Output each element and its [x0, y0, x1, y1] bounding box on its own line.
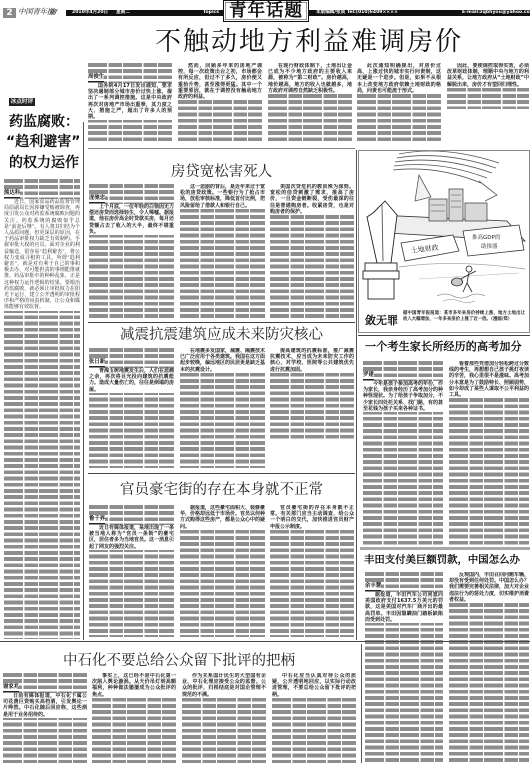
article-text: 美国次贷危机的教训殊为深刻。宽松的信贷刺激了需求、推高了房价，一旦资金链断裂，受… [270, 184, 354, 215]
email-contact: E-mail:zqbhyou@yahoo.com.cn [462, 10, 530, 16]
left-article-title-line: “趋利避害” [6, 132, 80, 152]
article-text: 这一悲剧的背后，是近年来过于宽松的房贷政策。一些银行为了抢占市场，放松审核标准，… [180, 184, 265, 209]
column-divider [83, 122, 84, 640]
quake-article-column: 在地震多发国家，减震、隔震技术已广泛应用于各类建筑。我国在这方面起步较晚，偏远地… [180, 348, 265, 468]
gaokao-article-column: 罗建 今年是孩子参加高考的年份，作为家长，我亲身经历了高考加分的种种怪现状。为了… [363, 361, 443, 545]
section-english: Topics [203, 10, 219, 16]
lead-article-column: 此次通知明确提出，对房价过高、上涨过快的城市实行问责制，这无疑是一个进步。但是，… [357, 63, 441, 143]
article-text: 据报道，这些豪宅面积大、装修豪华，价格却远低于市场价。官员以何种方式购得这些房产… [180, 505, 265, 530]
article-text: 看着那些凭借加分轻松跨过分数线的考生，再想想自己孩子挑灯夜读的辛苦，我心里很不是… [449, 361, 529, 398]
mortgage-headline: 房贷宽松害死人 [88, 163, 355, 181]
editor-contact: 本版编辑/张质 Tel:(010)6409×××× [316, 10, 398, 16]
toyota-headline: 丰田支付美巨额罚款，中国怎么办 [364, 553, 520, 567]
editorial-cartoon: 土地财政 推高GDP的 助推器 敛无罪 据中国青年报报道：某市多年来房价持续上涨… [358, 150, 530, 333]
cartoon-title: 敛无罪 [365, 314, 398, 327]
mansion-headline: 官员豪宅街的存在本身就不正常 [88, 481, 355, 499]
article-text: 上个月底，一位年轻的白领因无力偿还房贷而选择轻生，令人唏嘘。据报道，他在房价高企… [89, 204, 174, 235]
article-text: 事实上，这已经不是中石化第一次陷入舆论漩涡。从天价吊灯到高额福利，种种做法屡屡成… [92, 673, 176, 698]
section-rule [358, 335, 530, 336]
cartoon-illustration: 土地财政 推高GDP的 助推器 [359, 151, 529, 311]
section-rule [0, 641, 530, 642]
article-text: 提高建筑的抗震标准，推广减震抗震技术，应当成为未来防灾工作的核心，对学校、医院等… [270, 348, 354, 373]
decorative-slashes: //// [50, 8, 56, 17]
column-divider [361, 644, 362, 763]
mansion-article-column: 鲁千界 近日有媒体报道，某地出现了一条被当地人称为“官员一条街”的豪宅区，居住者… [89, 505, 174, 637]
article-text: 近日有媒体报道，某地出现了一条被当地人称为“官员一条街”的豪宅区，居住者多为当地… [89, 525, 174, 550]
byline: 庞驰忠 [89, 195, 105, 203]
byline: 周俊生 [88, 74, 104, 82]
section-rule [88, 148, 355, 149]
quake-headline: 减震抗震建筑应成未来防灾核心 [88, 326, 355, 344]
cartoon-label: 推高GDP的 [472, 233, 501, 241]
article-text: 国务院4月17日发出通知，要求坚决遏制部分城市房价过快上涨，提出了一系列调控措施… [88, 83, 172, 120]
cartoon-label: 助推器 [481, 242, 498, 250]
column-divider [356, 150, 357, 640]
left-article-title-line: 药监腐败： [9, 112, 79, 132]
mansion-article-column: 据报道，这些豪宅面积大、装修豪华，价格却远低于市场价。官员以何种方式购得这些房产… [180, 505, 265, 637]
gaokao-article-column: 看着那些凭借加分轻松跨过分数线的考生，再想想自己孩子挑灯夜读的辛苦，我心里很不是… [449, 361, 529, 545]
quake-article-column: 提高建筑的抗震标准，推广减震抗震技术，应当成为未来防灾工作的核心，对学校、医院等… [270, 348, 354, 440]
sinopec-article-column: 事实上，这已经不是中石化第一次陷入舆论漩涡。从天价吊灯到高额福利，种种做法屡屡成… [92, 673, 176, 763]
byline: 谢家兆 [3, 684, 19, 692]
newspaper-logo: 中国青年报 [18, 5, 54, 19]
article-text: 青海玉树地震发生后，人们在悲痛之余，再次将目光投向建筑的抗震能力。造成大量伤亡的… [89, 368, 174, 393]
sinopec-article-column: 谢家兆 日前有媒体报道，中石化下属公司花费巨资购买高档酒，引发舆论一片哗然。中石… [3, 673, 87, 763]
article-text: 在地震多发国家，减震、隔震技术已广泛应用于各类建筑。我国在这方面起步较晚，偏远地… [180, 348, 265, 373]
byline: 鲁千界 [89, 516, 105, 524]
byline: 罗建 [363, 372, 374, 380]
section-title: 青年话题 [224, 1, 308, 21]
column-tag: 冰点时评 [9, 98, 35, 106]
byline: 张日新 [89, 359, 105, 367]
issue-weekday: 星期二 [116, 10, 130, 16]
lead-article-column: 在现行财政体制下，土地出让金已成为不少地方政府的主要收入来源，被称为“第二财政”… [268, 63, 352, 143]
article-text: 然而，回顾多年来的房地产调控，每一次政策出台之初，市场都会有所反应，但过不了多久… [178, 63, 262, 100]
article-text: 反观国内，丰田召回问题车辆，却没有受到任何处罚。中国怎么办？我们需要完善相关法律… [449, 572, 529, 603]
article-text: 今年是孩子参加高考的年份，作为家长，我亲身经历了高考加分的种种怪现状。为了给孩子… [363, 381, 443, 412]
page-number: 2 [3, 8, 16, 18]
article-text: 日前有媒体报道，中石化下属公司花费巨资购买高档酒，引发舆论一片哗然。中石化随后回… [3, 693, 87, 718]
left-article-title-line: 的权力运作 [9, 153, 79, 173]
article-text: 在现行财政体制下，土地出让金已成为不少地方政府的主要收入来源，被称为“第二财政”… [268, 63, 352, 94]
article-text: 官员豪宅街的存在本身就不正常。有关部门应当主动调查，给公众一个明白的交代，加快推… [270, 505, 354, 530]
mortgage-article-column: 庞驰忠 上个月底，一位年轻的白领因无力偿还房贷而选择轻生，令人唏嘘。据报道，他在… [89, 184, 174, 318]
issue-date: 2010年4月20日 [72, 10, 108, 16]
sinopec-article-column: 中石化应当认真对待公众的质疑，公开透明地回应，以实际行动改进管理，不要总给公众留… [272, 673, 356, 763]
article-text: 中石化应当认真对待公众的质疑，公开透明地回应，以实际行动改进管理，不要总给公众留… [272, 673, 356, 698]
left-article-column: 熊达科 近日，国家食品药品监督管理局原副局长因涉嫌受贿被调查，再度引发公众对药监… [4, 179, 80, 639]
toyota-article-column: 余丰慧 据报道，丰田汽车公司同意向美国政府支付1637.5万美元的罚款，这是美国… [365, 572, 443, 763]
article-text: 因此，要使调控取得实效，必须改革财政体制，理顺中央与地方的利益关系，让地方政府从… [447, 63, 529, 88]
lead-article-column: 周俊生 国务院4月17日发出通知，要求坚决遏制部分城市房价过快上涨，提出了一系列… [88, 63, 172, 143]
toyota-article-column: 反观国内，丰田召回问题车辆，却没有受到任何处罚。中国怎么办？我们需要完善相关法律… [449, 572, 529, 763]
sinopec-headline: 中石化不要总给公众留下批评的把柄 [0, 652, 358, 670]
gaokao-headline: 一个考生家长所经历的高考加分 [365, 340, 522, 354]
section-rule [88, 473, 355, 474]
cartoon-caption: 据中国青年报报道：某市多年来房价持续上涨，地方土地出让收入大幅增加，一年多来房价… [403, 311, 525, 322]
article-text: 据报道，丰田汽车公司同意向美国政府支付1637.5万美元的罚款，这是美国对汽车厂… [365, 592, 443, 623]
section-title-box: 青年话题 [223, 0, 309, 22]
article-text: 此次通知明确提出，对房价过高、上涨过快的城市实行问责制，这无疑是一个进步。但是，… [357, 63, 441, 94]
newspaper-page: 2 中国青年报 //// 2010年4月20日 星期二 Topics 青年话题 … [0, 0, 530, 763]
byline: 熊达科 [4, 190, 20, 198]
section-rule [88, 322, 355, 323]
mortgage-article-column: 美国次贷危机的教训殊为深刻。宽松的信贷刺激了需求、推高了房价，一旦资金链断裂，受… [270, 184, 354, 318]
quake-article-column: 张日新 青海玉树地震发生后，人们在悲痛之余，再次将目光投向建筑的抗震能力。造成大… [89, 348, 174, 468]
article-text: 作为关系国计民生的大型国有企业，中石化理应接受公众的监督。公众的批评，归根结底是… [182, 673, 266, 698]
lead-headline: 不触动地方利益难调房价 [88, 27, 530, 57]
lead-article-column: 因此，要使调控取得实效，必须改革财政体制，理顺中央与地方的利益关系，让地方政府从… [447, 63, 529, 109]
mortgage-article-column: 这一悲剧的背后，是近年来过于宽松的房贷政策。一些银行为了抢占市场，放松审核标准，… [180, 184, 265, 318]
article-text: 近日，国家食品药品监督管理局原副局长因涉嫌受贿被调查，再度引发公众对药监系统腐败… [4, 199, 80, 311]
sinopec-article-column: 作为关系国计民生的大型国有企业，中石化理应接受公众的监督。公众的批评，归根结底是… [182, 673, 266, 763]
byline: 余丰慧 [365, 583, 381, 591]
mansion-article-column: 官员豪宅街的存在本身就不正常。有关部门应当主动调查，给公众一个明白的交代，加快推… [270, 505, 354, 637]
section-bar [360, 547, 530, 550]
lead-article-column: 然而，回顾多年来的房地产调控，每一次政策出台之初，市场都会有所反应，但过不了多久… [178, 63, 262, 143]
